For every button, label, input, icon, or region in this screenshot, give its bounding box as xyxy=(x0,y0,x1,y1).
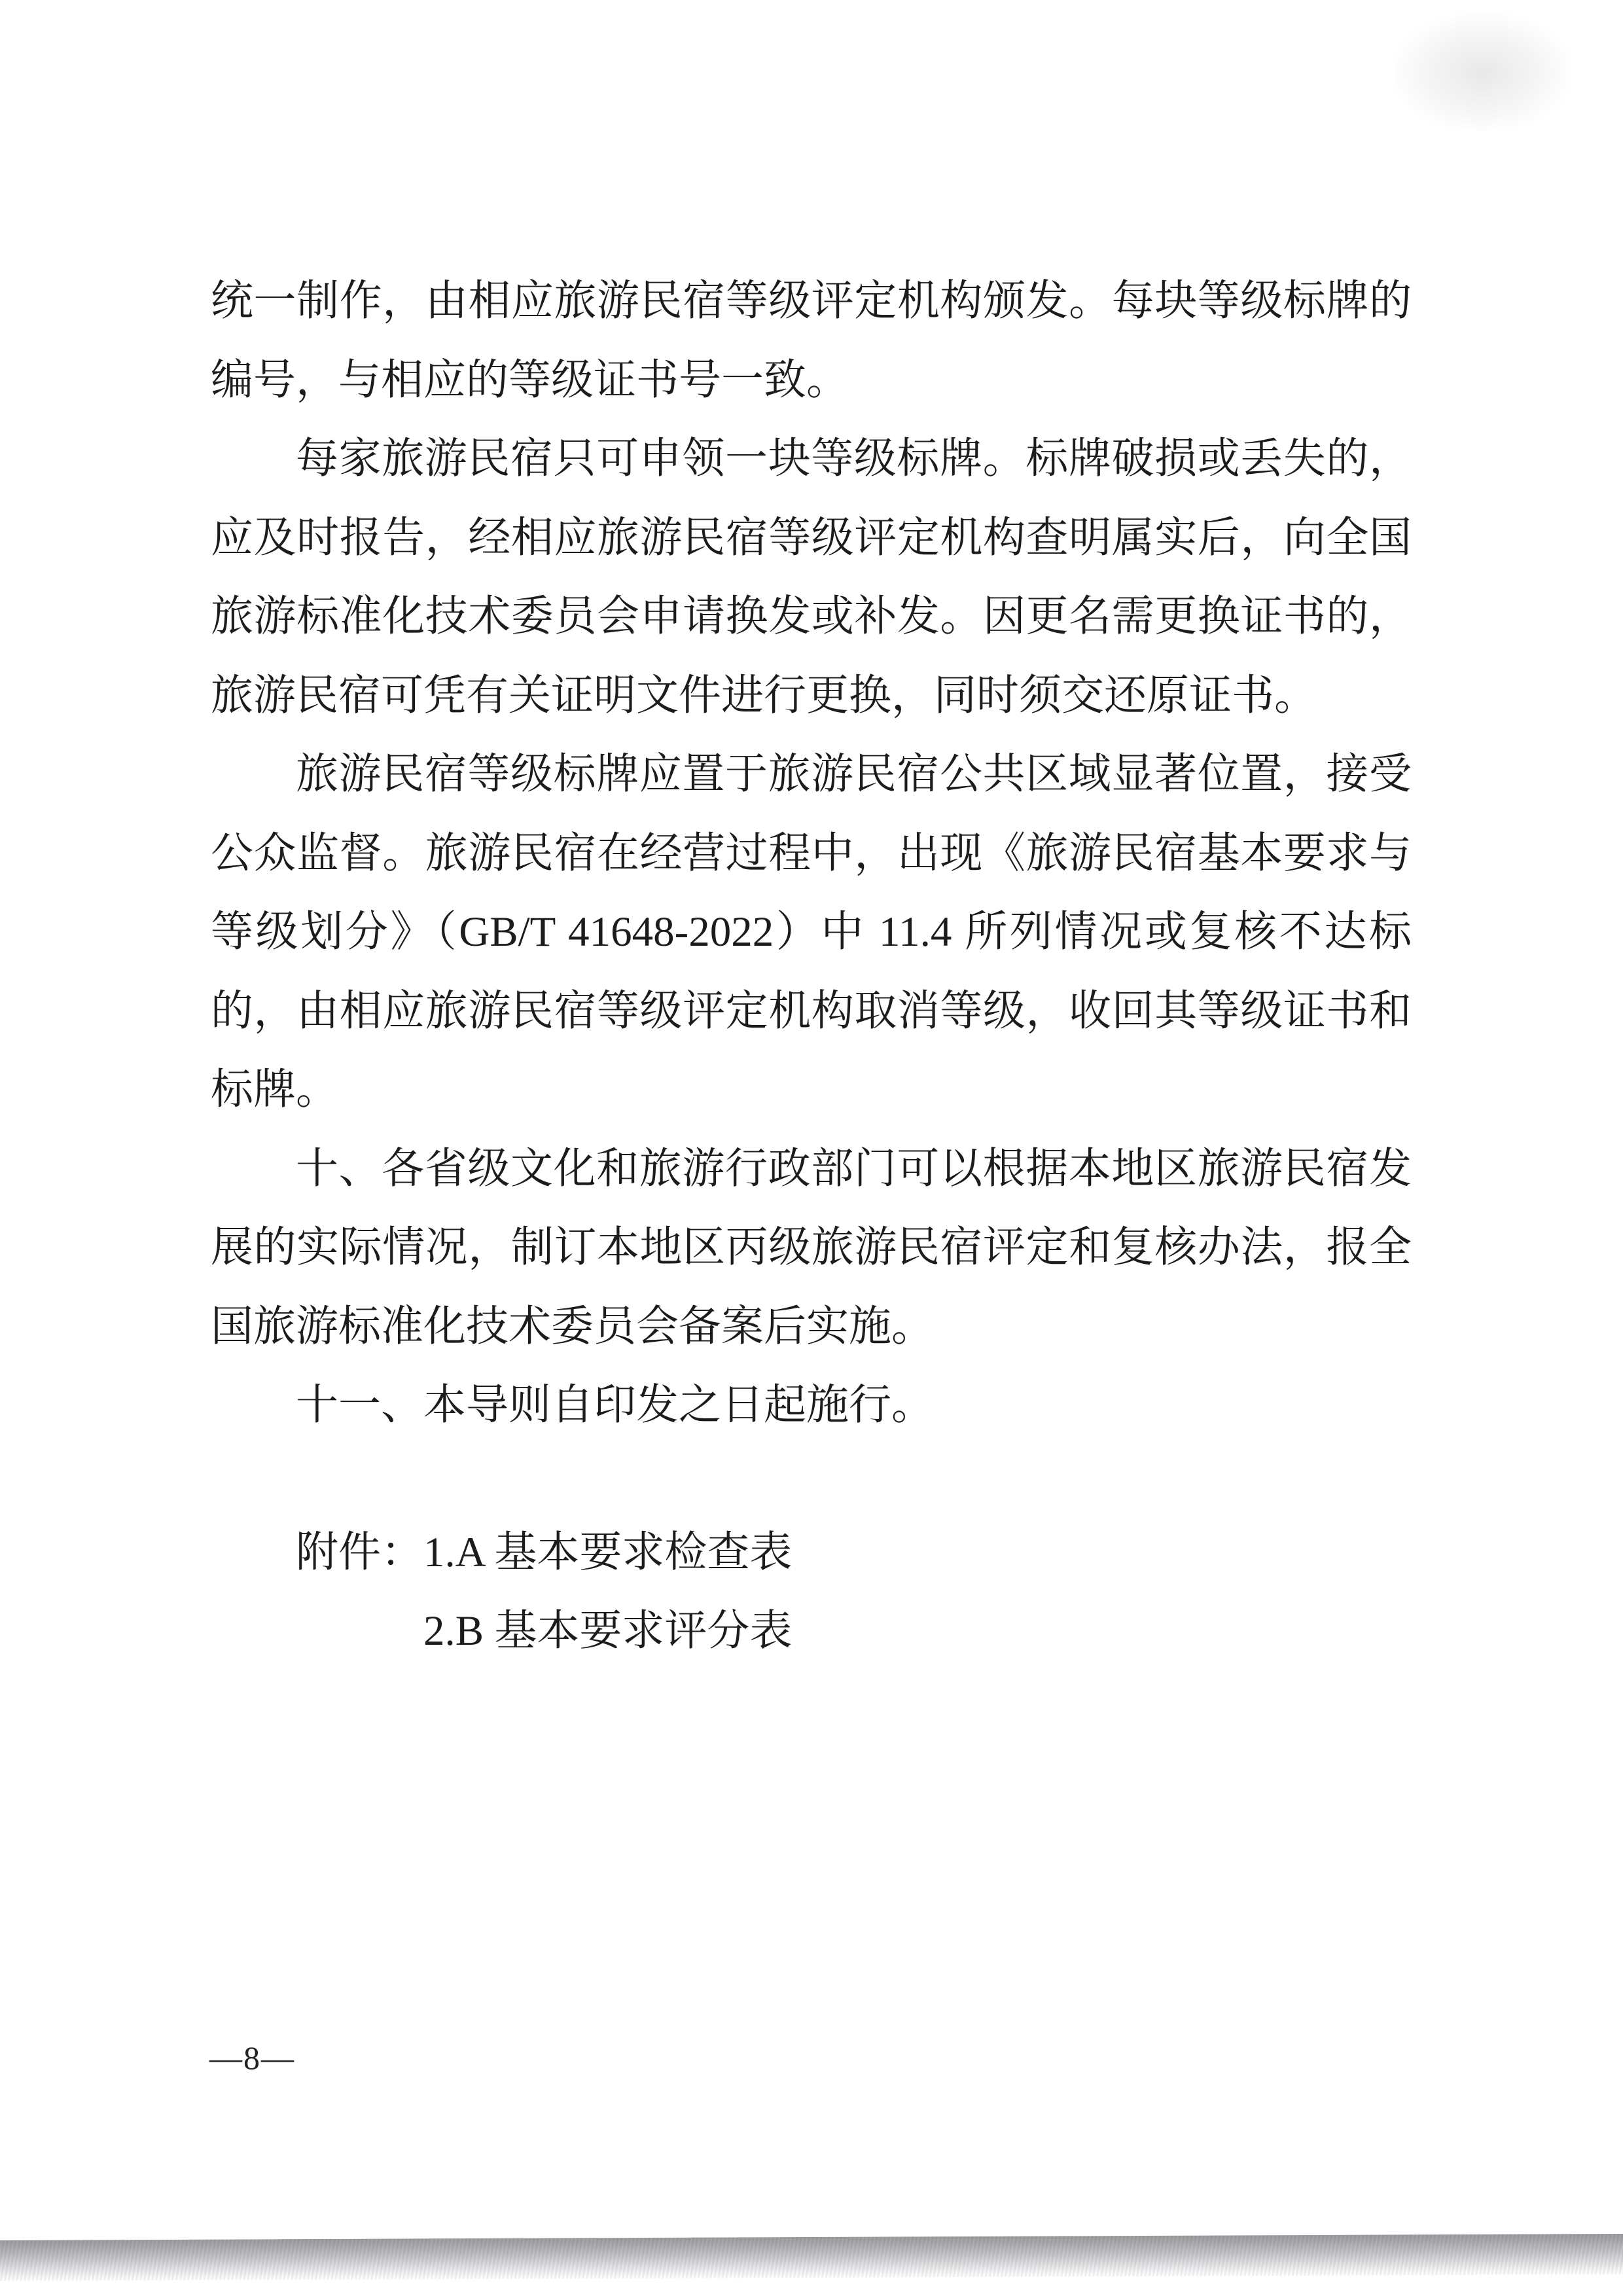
body-text: 统一制作，由相应旅游民宿等级评定机构颁发。每块等级标牌的编号，与相应的等级证书号… xyxy=(211,262,1412,1671)
text-line: 旅游标准化技术委员会申请换发或补发。因更名需更换证书的， xyxy=(211,577,1412,656)
text-line: 应及时报告，经相应旅游民宿等级评定机构查明属实后，向全国 xyxy=(211,499,1412,578)
text-line-blank xyxy=(211,1445,1412,1513)
page-number: —8— xyxy=(209,2039,295,2076)
text-line: 附件：1.A 基本要求检查表 xyxy=(211,1513,1412,1592)
text-line: 十、各省级文化和旅游行政部门可以根据本地区旅游民宿发 xyxy=(211,1130,1412,1209)
text-line: 2.B 基本要求评分表 xyxy=(211,1592,1412,1671)
text-line: 公众监督。旅游民宿在经营过程中，出现《旅游民宿基本要求与 xyxy=(211,814,1412,893)
scan-artifact-top-right xyxy=(1394,13,1571,131)
text-line: 的，由相应旅游民宿等级评定机构取消等级，收回其等级证书和 xyxy=(211,972,1412,1051)
text-line: 十一、本导则自印发之日起施行。 xyxy=(211,1366,1412,1445)
text-line: 等级划分》（GB/T 41648-2022）中 11.4 所列情况或复核不达标 xyxy=(211,893,1412,972)
document-page: 统一制作，由相应旅游民宿等级评定机构颁发。每块等级标牌的编号，与相应的等级证书号… xyxy=(0,0,1623,2296)
text-line: 每家旅游民宿只可申领一块等级标牌。标牌破损或丢失的， xyxy=(211,420,1412,499)
text-line: 编号，与相应的等级证书号一致。 xyxy=(211,341,1412,420)
scan-artifact-bottom-edge xyxy=(0,2234,1623,2281)
text-line: 标牌。 xyxy=(211,1050,1412,1130)
text-line: 旅游民宿可凭有关证明文件进行更换，同时须交还原证书。 xyxy=(211,656,1412,736)
text-line: 旅游民宿等级标牌应置于旅游民宿公共区域显著位置，接受 xyxy=(211,735,1412,814)
text-line: 统一制作，由相应旅游民宿等级评定机构颁发。每块等级标牌的 xyxy=(211,262,1412,341)
text-line: 国旅游标准化技术委员会备案后实施。 xyxy=(211,1287,1412,1367)
text-line: 展的实际情况，制订本地区丙级旅游民宿评定和复核办法，报全 xyxy=(211,1208,1412,1287)
